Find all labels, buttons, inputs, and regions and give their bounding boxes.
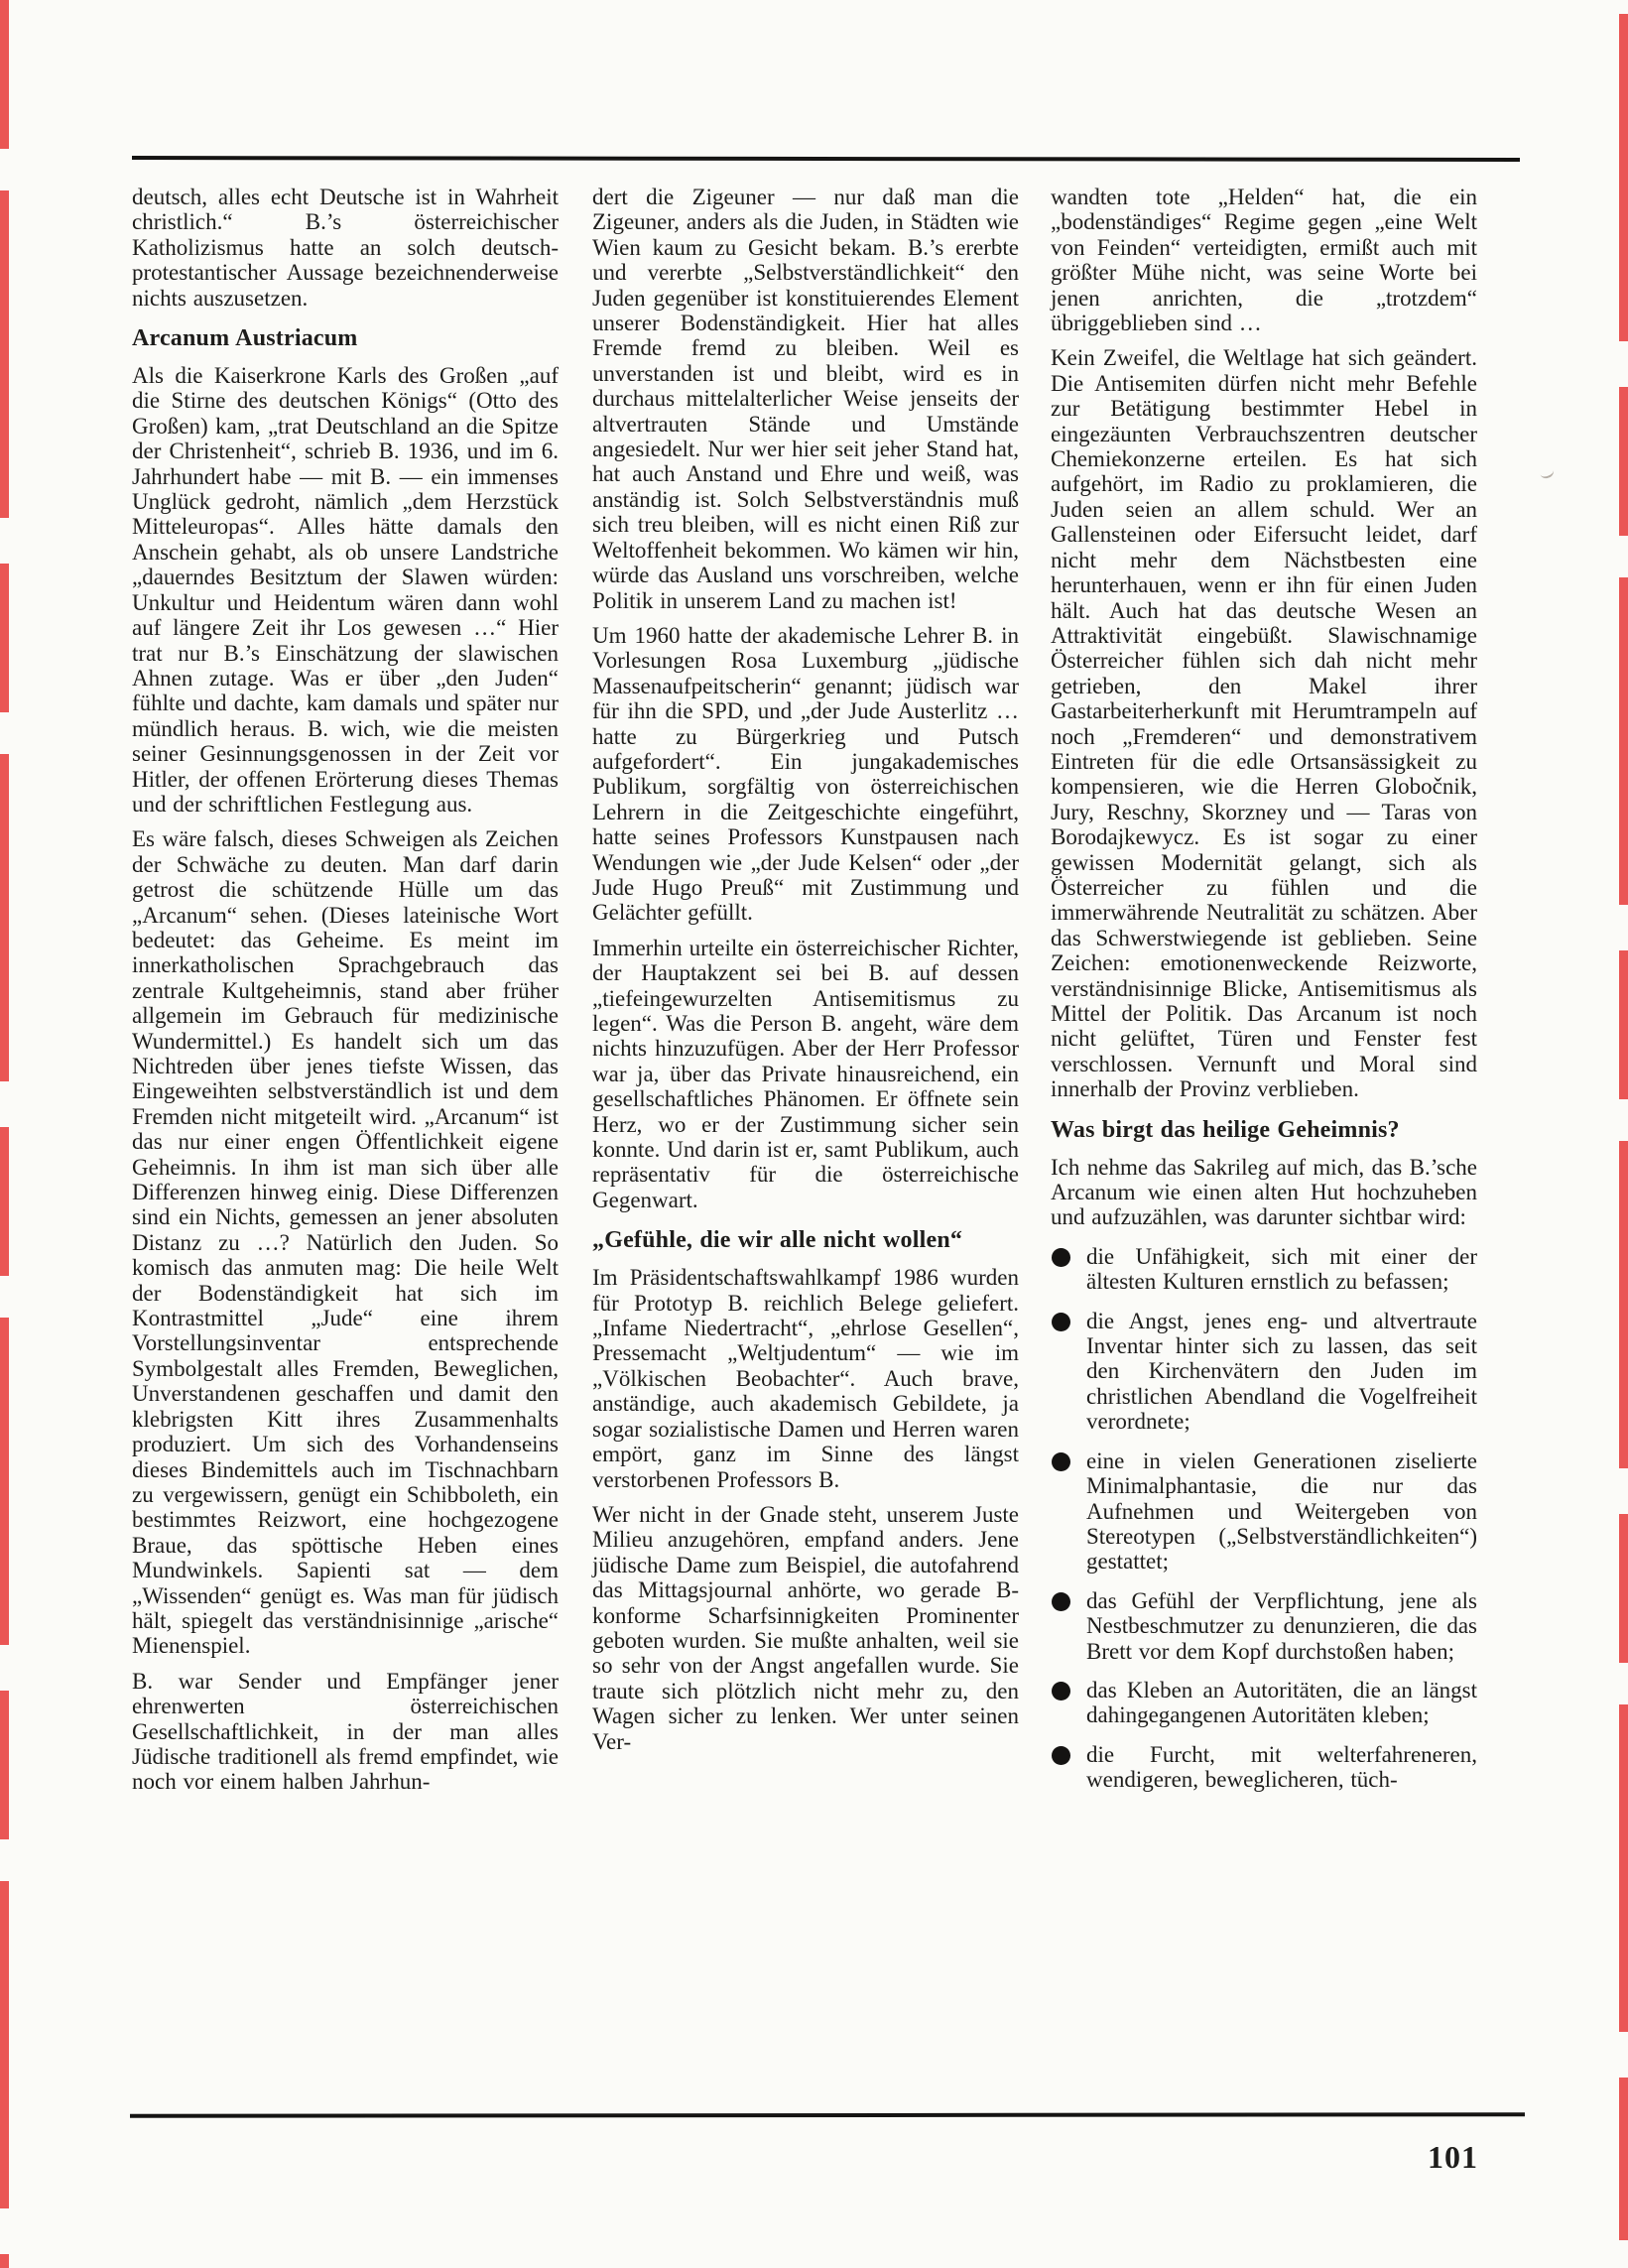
paragraph: Um 1960 hatte der akademische Lehrer B. … bbox=[592, 623, 1019, 926]
paragraph: Immerhin urteilte ein österreichischer R… bbox=[592, 936, 1019, 1212]
margin-pen-mark bbox=[1538, 464, 1555, 480]
bullet-list: die Unfähigkeit, sich mit einer der älte… bbox=[1051, 1244, 1477, 1793]
bullet-text: das Kleben an Autoritäten, die an längst… bbox=[1086, 1678, 1477, 1727]
text-column-2: dert die Zigeuner — nur daß man die Zige… bbox=[592, 185, 1019, 1764]
bullet-text: die Unfähigkeit, sich mit einer der älte… bbox=[1086, 1244, 1477, 1294]
bullet-dot-icon bbox=[1052, 1592, 1070, 1611]
top-rule bbox=[132, 156, 1520, 162]
bottom-rule bbox=[130, 2112, 1525, 2117]
bullet-dot-icon bbox=[1052, 1682, 1070, 1701]
section-heading-geheimnis: Was birgt das heilige Geheimnis? bbox=[1051, 1117, 1477, 1144]
section-heading-gefuehle: „Gefühle, die wir alle nicht wollen“ bbox=[592, 1227, 1019, 1254]
paragraph: Ich nehme das Sakrileg auf mich, das B.’… bbox=[1051, 1155, 1477, 1230]
bullet-text: eine in vielen Generationen ziselierte M… bbox=[1086, 1449, 1477, 1575]
red-registration-marks-right bbox=[1619, 0, 1628, 2268]
paragraph: dert die Zigeuner — nur daß man die Zige… bbox=[592, 185, 1019, 613]
paragraph: Wer nicht in der Gnade steht, unserem Ju… bbox=[592, 1502, 1019, 1754]
bullet-dot-icon bbox=[1052, 1313, 1070, 1331]
paragraph: Als die Kaiserkrone Karls des Großen „au… bbox=[132, 363, 559, 817]
paragraph: Im Präsidentschaftswahlkampf 1986 wurden… bbox=[592, 1265, 1019, 1492]
bullet-item: die Angst, jenes eng- und altvertraute I… bbox=[1051, 1309, 1477, 1435]
bullet-text: die Furcht, mit welterfahreneren, wendig… bbox=[1086, 1742, 1477, 1792]
page-number: 101 bbox=[1379, 2139, 1478, 2176]
paragraph: deutsch, alles echt Deutsche ist in Wahr… bbox=[132, 185, 559, 311]
text-column-1: deutsch, alles echt Deutsche ist in Wahr… bbox=[132, 185, 559, 1805]
bullet-dot-icon bbox=[1052, 1746, 1070, 1765]
bullet-item: eine in vielen Generationen ziselierte M… bbox=[1051, 1449, 1477, 1575]
paragraph: B. war Sender und Empfänger jener ehrenw… bbox=[132, 1669, 559, 1795]
section-heading-arcanum-austriacum: Arcanum Austriacum bbox=[132, 325, 559, 352]
bullet-item: das Kleben an Autoritäten, die an längst… bbox=[1051, 1678, 1477, 1728]
bullet-text: das Gefühl der Verpflichtung, jene als N… bbox=[1086, 1588, 1477, 1664]
bullet-dot-icon bbox=[1052, 1248, 1070, 1267]
scanned-magazine-page: deutsch, alles echt Deutsche ist in Wahr… bbox=[0, 0, 1628, 2268]
paragraph: Kein Zweifel, die Weltlage hat sich geän… bbox=[1051, 345, 1477, 1101]
bullet-dot-icon bbox=[1052, 1452, 1070, 1471]
red-registration-marks-left bbox=[0, 0, 9, 2268]
text-column-3: wandten tote „Helden“ hat, die ein „bode… bbox=[1051, 185, 1477, 1807]
paragraph: Es wäre falsch, dieses Schweigen als Zei… bbox=[132, 826, 559, 1658]
bullet-item: die Unfähigkeit, sich mit einer der älte… bbox=[1051, 1244, 1477, 1295]
bullet-item: das Gefühl der Verpflichtung, jene als N… bbox=[1051, 1588, 1477, 1664]
bullet-item: die Furcht, mit welterfahreneren, wendig… bbox=[1051, 1742, 1477, 1793]
paragraph: wandten tote „Helden“ hat, die ein „bode… bbox=[1051, 185, 1477, 335]
bullet-text: die Angst, jenes eng- und altvertraute I… bbox=[1086, 1309, 1477, 1435]
